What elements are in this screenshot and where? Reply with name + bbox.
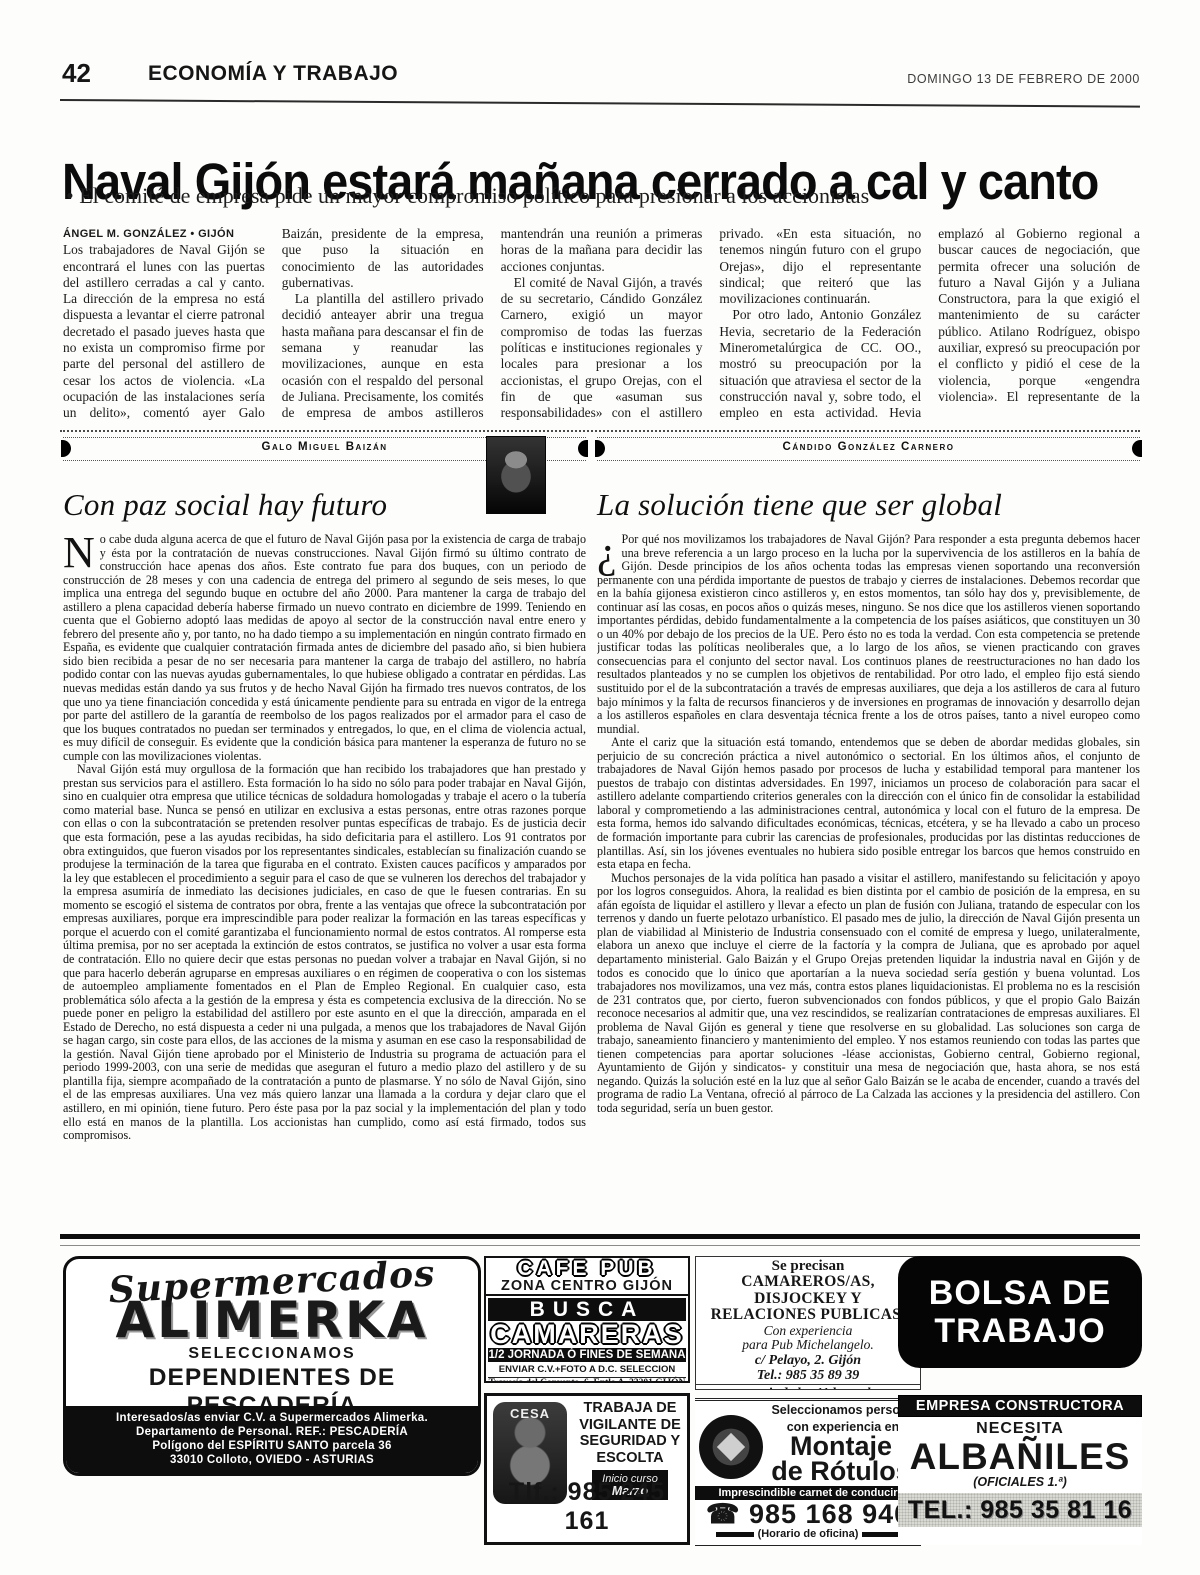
rotulos-phone-row: ☎ 985 168 940 bbox=[695, 1500, 921, 1528]
rotulos-logo bbox=[699, 1415, 763, 1479]
ad-vigilante-cesa: CESA TRABAJA DE VIGILANTE DE SEGURIDAD Y… bbox=[484, 1393, 690, 1545]
article-paragraphs: Los trabajadores de Naval Gijón se encon… bbox=[63, 226, 1140, 430]
precisan-job1: CAMAREROS/AS, bbox=[696, 1274, 920, 1291]
main-subhead: • El comité de empresa pide un mayor com… bbox=[66, 183, 1126, 209]
precisan-exp1: Con experiencia bbox=[696, 1324, 920, 1339]
cafepub-address: Travesía del Convento, 6. Entlo A. 33201… bbox=[488, 1377, 686, 1383]
constructora-job: ALBAÑILES bbox=[898, 1439, 1142, 1475]
cafepub-zone: ZONA CENTRO GIJÓN bbox=[486, 1279, 688, 1296]
cesa-headline: TRABAJA DE VIGILANTE DE SEGURIDAD Y ESCO… bbox=[571, 1400, 689, 1466]
ad-bolsa-de-trabajo: BOLSA DETRABAJO bbox=[898, 1256, 1142, 1368]
precisan-hours: a partir de las 11 h. noche bbox=[696, 1384, 920, 1391]
rotulos-big2: de Rótulos bbox=[761, 1459, 921, 1484]
halfdisc-right-icon bbox=[1132, 440, 1142, 457]
essay-right-author-bar: Cándido González Carnero bbox=[597, 437, 1140, 461]
ad-montaje-rotulos: Seleccionamos persona con experiencia en… bbox=[695, 1398, 921, 1546]
essay-right-text: ¿Por qué nos movilizamos los trabajadore… bbox=[597, 533, 1140, 1223]
rotulos-requirement: Imprescindible carnet de conducir bbox=[695, 1486, 921, 1500]
halfdisc-right-icon bbox=[578, 440, 588, 457]
ad-empresa-constructora: EMPRESA CONSTRUCTORA NECESITA ALBAÑILES … bbox=[898, 1395, 1142, 1545]
cafepub-send: ENVIAR C.V.+FOTO A D.C. SELECCION bbox=[486, 1364, 688, 1376]
byline: ÁNGEL M. GONZÁLEZ • GIJÓN bbox=[63, 226, 265, 242]
rotulos-office-hours: (Horario de oficina) bbox=[695, 1528, 921, 1540]
ad-camareros: Se precisan CAMAREROS/AS, DISJOCKEY Y RE… bbox=[695, 1256, 921, 1390]
author-photo bbox=[487, 437, 545, 513]
alimerka-footer: Interesados/as enviar C.V. a Supermercad… bbox=[66, 1406, 478, 1473]
article-divider bbox=[60, 430, 1140, 432]
essay-right-title: La solución tiene que ser global bbox=[597, 487, 1140, 523]
ad-cafe-pub: CAFE PUB ZONA CENTRO GIJÓN BUSCA CAMARER… bbox=[484, 1256, 690, 1383]
precisan-phone: Tel.: 985 35 89 39 bbox=[696, 1368, 920, 1383]
essay-left: Galo Miguel Baizán Con paz social hay fu… bbox=[63, 437, 586, 1223]
cafepub-schedule: 1/2 JORNADA Ó FINES DE SEMANA bbox=[488, 1348, 686, 1362]
precisan-job3: RELACIONES PUBLICAS. bbox=[696, 1307, 920, 1324]
precisan-exp2: para Pub Michelangelo. bbox=[696, 1338, 920, 1353]
essay-left-text: No cabe duda alguna acerca de que el fut… bbox=[63, 533, 586, 1223]
precisan-address: c/ Pelayo, 2. Gijón bbox=[696, 1353, 920, 1368]
constructora-company: EMPRESA CONSTRUCTORA bbox=[898, 1395, 1142, 1417]
constructora-grade: (OFICIALES 1.ª) bbox=[898, 1475, 1142, 1489]
constructora-phone: TEL.: 985 35 81 16 bbox=[898, 1493, 1142, 1527]
cafepub-busca: BUSCA bbox=[488, 1298, 686, 1321]
precisan-job2: DISJOCKEY Y bbox=[696, 1291, 920, 1308]
precisan-intro: Se precisan bbox=[696, 1258, 920, 1274]
cafepub-job: CAMARERAS bbox=[486, 1321, 688, 1348]
edition-date: DOMINGO 13 DE FEBRERO DE 2000 bbox=[907, 72, 1140, 86]
newspaper-page: 42 ECONOMÍA Y TRABAJO DOMINGO 13 DE FEBR… bbox=[0, 0, 1200, 1575]
essay-right-author: Cándido González Carnero bbox=[597, 441, 1140, 453]
masthead-rule bbox=[60, 99, 1140, 108]
ad-alimerka: Supermercados ALIMERKA SELECCIONAMOS DEP… bbox=[63, 1256, 481, 1476]
phone-icon: ☎ bbox=[706, 1499, 741, 1529]
ads-top-rule bbox=[60, 1245, 1140, 1246]
essay-right: Cándido González Carnero La solución tie… bbox=[597, 437, 1140, 1223]
cafepub-title: CAFE PUB bbox=[486, 1259, 688, 1279]
rotulos-phone: 985 168 940 bbox=[749, 1499, 910, 1529]
cesa-phone: Tlf.: 985 245 161 bbox=[487, 1478, 687, 1536]
main-article-body: ÁNGEL M. GONZÁLEZ • GIJÓN Los trabajador… bbox=[63, 226, 1140, 430]
essays-bottom-rule bbox=[60, 1234, 1140, 1239]
page-header: 42 ECONOMÍA Y TRABAJO DOMINGO 13 DE FEBR… bbox=[60, 56, 1140, 100]
section-title: ECONOMÍA Y TRABAJO bbox=[148, 62, 398, 86]
page-number: 42 bbox=[62, 58, 91, 89]
